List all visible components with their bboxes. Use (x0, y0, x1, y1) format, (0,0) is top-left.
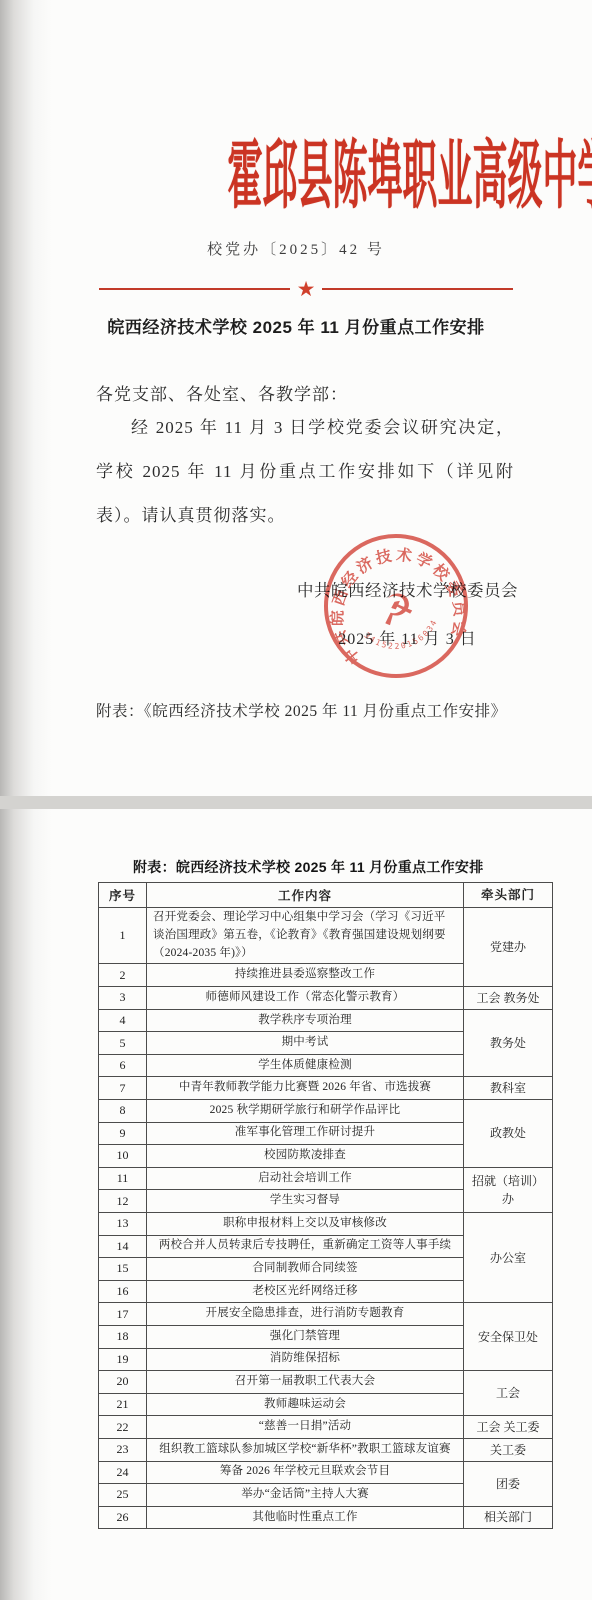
cell-row-number: 11 (99, 1167, 147, 1190)
body-paragraph: 经 2025 年 11 月 3 日学校党委会议研究决定，学校 2025 年 11… (96, 406, 514, 538)
document-number: 校党办〔2025〕42 号 (0, 238, 592, 259)
table-header-row: 序号 工作内容 牵头部门 (99, 883, 553, 908)
table-row: 3师德师风建设工作（常态化警示教育）工会 教务处 (99, 987, 553, 1010)
cell-row-number: 9 (99, 1122, 147, 1145)
signature-date: 2025 年 11 月 3 日 (297, 626, 518, 649)
cell-row-number: 6 (99, 1054, 147, 1077)
cell-lead-department: 招就（培训）办 (464, 1167, 553, 1212)
work-schedule-table: 序号 工作内容 牵头部门 1召开党委会、理论学习中心组集中学习会（学习《习近平谈… (98, 882, 553, 1529)
cell-lead-department: 办公室 (464, 1212, 553, 1302)
cell-work-content: 学生体质健康检测 (147, 1054, 464, 1077)
star-divider: ★ (99, 280, 513, 298)
cell-row-number: 19 (99, 1348, 147, 1371)
cell-row-number: 3 (99, 987, 147, 1010)
cell-row-number: 17 (99, 1303, 147, 1326)
table-title: 附表：皖西经济技术学校 2025 年 11 月份重点工作安排 (133, 857, 484, 877)
scanned-document: { "colors": { "header_red": "#cb3423", "… (0, 0, 592, 1600)
cell-work-content: 强化门禁管理 (147, 1325, 464, 1348)
header-cell-dept: 牵头部门 (464, 883, 553, 908)
document-page-2: 附表：皖西经济技术学校 2025 年 11 月份重点工作安排 序号 工作内容 牵… (0, 809, 592, 1600)
cell-work-content: 老校区光纤网络迁移 (147, 1280, 464, 1303)
table-row: 11启动社会培训工作招就（培训）办 (99, 1167, 553, 1190)
cell-work-content: 期中考试 (147, 1032, 464, 1055)
cell-row-number: 4 (99, 1009, 147, 1032)
cell-work-content: 2025 秋学期研学旅行和研学作品评比 (147, 1100, 464, 1123)
cell-row-number: 24 (99, 1461, 147, 1484)
cell-work-content: 召开党委会、理论学习中心组集中学习会（学习《习近平谈治国理政》第五卷，《论教育》… (147, 908, 464, 964)
document-title: 皖西经济技术学校 2025 年 11 月份重点工作安排 (0, 313, 592, 338)
letterhead-title: 霍邱县陈埠职业高级中学文件 (228, 116, 592, 223)
cell-row-number: 15 (99, 1258, 147, 1281)
salutation: 各党支部、各处室、各教学部： (96, 380, 348, 405)
cell-work-content: 持续推进县委巡察整改工作 (147, 964, 464, 987)
table-row: 22“慈善一日捐”活动工会 关工委 (99, 1416, 553, 1439)
cell-row-number: 8 (99, 1100, 147, 1123)
table-row: 24筹备 2026 年学校元旦联欢会节目团委 (99, 1461, 553, 1484)
cell-lead-department: 政教处 (464, 1100, 553, 1168)
cell-work-content: 开展安全隐患排查，进行消防专题教育 (147, 1303, 464, 1326)
cell-lead-department: 工会 (464, 1371, 553, 1416)
table-row: 1召开党委会、理论学习中心组集中学习会（学习《习近平谈治国理政》第五卷，《论教育… (99, 908, 553, 964)
cell-lead-department: 相关部门 (464, 1506, 553, 1529)
cell-work-content: 准军事化管理工作研讨提升 (147, 1122, 464, 1145)
table-row: 4教学秩序专项治理教务处 (99, 1009, 553, 1032)
table-row: 23组织教工篮球队参加城区学校“新华杯”教职工篮球友谊赛关工委 (99, 1438, 553, 1461)
cell-work-content: 两校合并人员转隶后专技聘任，重新确定工资等人事手续 (147, 1235, 464, 1258)
cell-row-number: 21 (99, 1393, 147, 1416)
cell-work-content: 教学秩序专项治理 (147, 1009, 464, 1032)
cell-row-number: 2 (99, 964, 147, 987)
cell-lead-department: 党建办 (464, 908, 553, 987)
cell-lead-department: 教科室 (464, 1077, 553, 1100)
table-body: 1召开党委会、理论学习中心组集中学习会（学习《习近平谈治国理政》第五卷，《论教育… (99, 908, 553, 1529)
cell-row-number: 5 (99, 1032, 147, 1055)
table-row: 20召开第一届教职工代表大会工会 (99, 1371, 553, 1394)
header-cell-number: 序号 (99, 883, 147, 908)
cell-lead-department: 工会 教务处 (464, 987, 553, 1010)
cell-row-number: 1 (99, 908, 147, 964)
signature-organization: 中共皖西经济技术学校委员会 (297, 577, 518, 601)
divider-rule-left (99, 288, 290, 291)
cell-row-number: 23 (99, 1438, 147, 1461)
divider-rule-right (322, 288, 513, 291)
table-row: 7中青年教师教学能力比赛暨 2026 年省、市选拔赛教科室 (99, 1077, 553, 1100)
cell-row-number: 18 (99, 1325, 147, 1348)
cell-work-content: 职称申报材料上交以及审核修改 (147, 1212, 464, 1235)
cell-lead-department: 团委 (464, 1461, 553, 1506)
cell-work-content: 合同制教师合同续签 (147, 1258, 464, 1281)
cell-work-content: 筹备 2026 年学校元旦联欢会节目 (147, 1461, 464, 1484)
table-row: 26其他临时性重点工作相关部门 (99, 1506, 553, 1529)
cell-work-content: 其他临时性重点工作 (147, 1506, 464, 1529)
cell-work-content: 启动社会培训工作 (147, 1167, 464, 1190)
cell-work-content: 组织教工篮球队参加城区学校“新华杯”教职工篮球友谊赛 (147, 1438, 464, 1461)
cell-work-content: 师德师风建设工作（常态化警示教育） (147, 987, 464, 1010)
cell-work-content: 举办“金话筒”主持人大赛 (147, 1484, 464, 1507)
table-row: 17开展安全隐患排查，进行消防专题教育安全保卫处 (99, 1303, 553, 1326)
cell-row-number: 14 (99, 1235, 147, 1258)
cell-lead-department: 安全保卫处 (464, 1303, 553, 1371)
cell-row-number: 20 (99, 1371, 147, 1394)
table-row: 13职称申报材料上交以及审核修改办公室 (99, 1212, 553, 1235)
cell-row-number: 22 (99, 1416, 147, 1439)
cell-work-content: 中青年教师教学能力比赛暨 2026 年省、市选拔赛 (147, 1077, 464, 1100)
document-page-1: 霍邱县陈埠职业高级中学文件 校党办〔2025〕42 号 ★ 皖西经济技术学校 2… (0, 0, 592, 796)
cell-row-number: 13 (99, 1212, 147, 1235)
cell-work-content: 消防维保招标 (147, 1348, 464, 1371)
cell-work-content: 校园防欺凌排查 (147, 1145, 464, 1168)
header-cell-content: 工作内容 (147, 883, 464, 908)
cell-row-number: 25 (99, 1484, 147, 1507)
attachment-note: 附表：《皖西经济技术学校 2025 年 11 月份重点工作安排》 (96, 699, 507, 721)
cell-work-content: 学生实习督导 (147, 1190, 464, 1213)
cell-lead-department: 关工委 (464, 1438, 553, 1461)
cell-work-content: 教师趣味运动会 (147, 1393, 464, 1416)
cell-row-number: 12 (99, 1190, 147, 1213)
star-icon: ★ (297, 280, 316, 298)
cell-row-number: 26 (99, 1506, 147, 1529)
cell-lead-department: 工会 关工委 (464, 1416, 553, 1439)
table-row: 82025 秋学期研学旅行和研学作品评比政教处 (99, 1100, 553, 1123)
red-letterhead: 霍邱县陈埠职业高级中学文件 (0, 116, 592, 217)
cell-row-number: 16 (99, 1280, 147, 1303)
cell-row-number: 7 (99, 1077, 147, 1100)
cell-lead-department: 教务处 (464, 1009, 553, 1077)
signature-block: 中共皖西经济技术学校委员会 2025 年 11 月 3 日 (297, 577, 518, 649)
cell-row-number: 10 (99, 1145, 147, 1168)
cell-work-content: 召开第一届教职工代表大会 (147, 1371, 464, 1394)
cell-work-content: “慈善一日捐”活动 (147, 1416, 464, 1439)
